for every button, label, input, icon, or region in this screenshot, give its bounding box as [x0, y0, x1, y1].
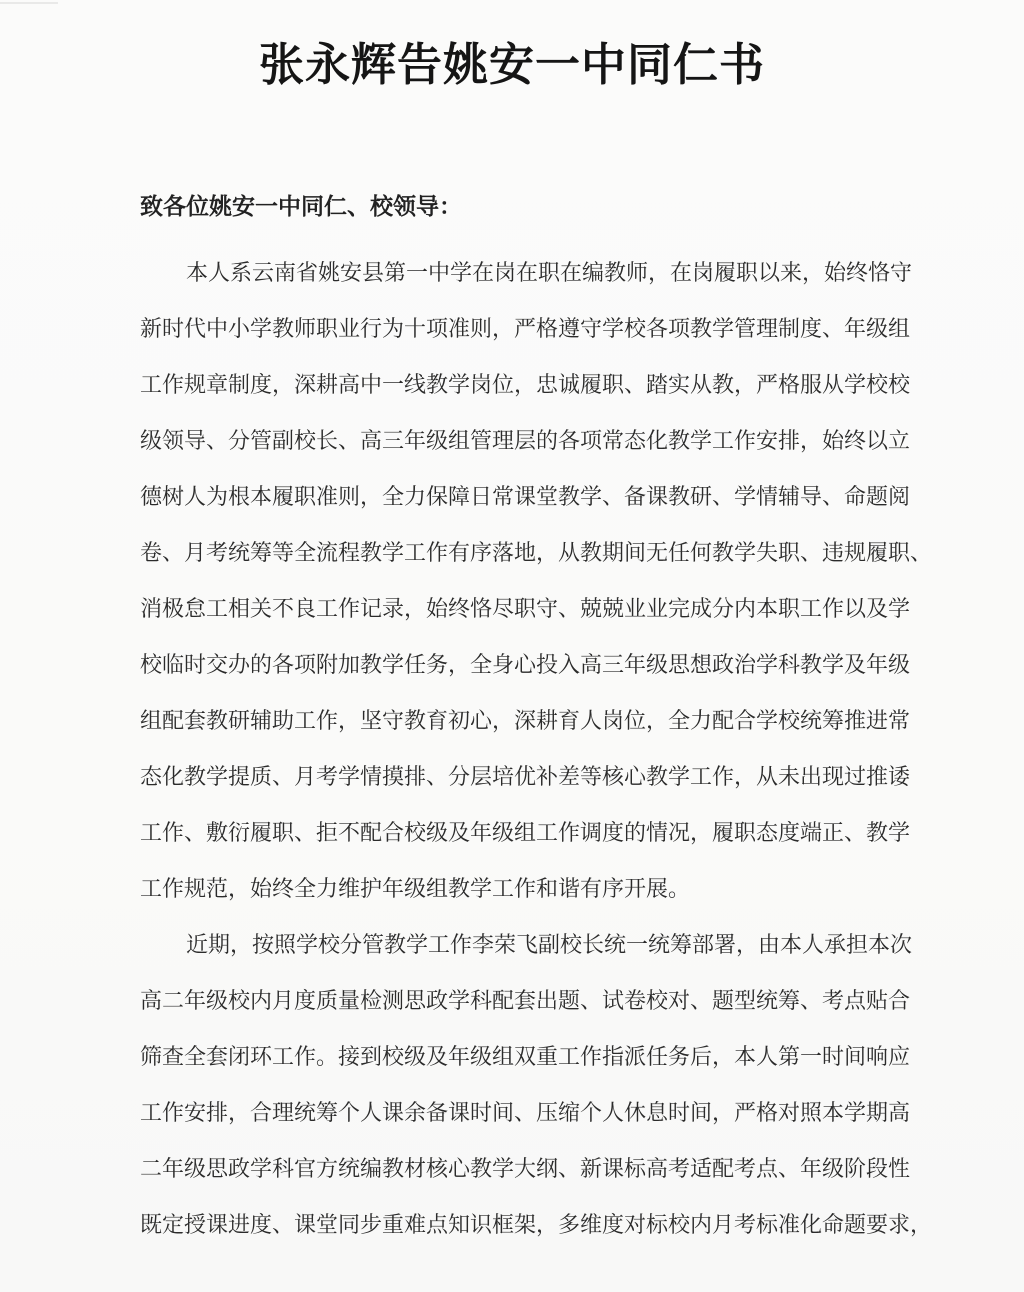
document-body: 本人系云南省姚安县第一中学在岗在职在编教师，在岗履职以来，始终恪守 新时代中小学… — [140, 245, 884, 1253]
body-line: 高二年级校内月度质量检测思政学科配套出题、试卷校对、题型统筹、考点贴合 — [140, 973, 884, 1029]
body-line: 卷、月考统筹等全流程教学工作有序落地，从教期间无任何教学失职、违规履职、 — [140, 525, 884, 581]
body-line: 态化教学提质、月考学情摸排、分层培优补差等核心教学工作，从未出现过推诿 — [140, 749, 884, 805]
salutation: 致各位姚安一中同仁、校领导： — [140, 190, 884, 222]
paragraph-1: 本人系云南省姚安县第一中学在岗在职在编教师，在岗履职以来，始终恪守 新时代中小学… — [140, 245, 884, 917]
body-line: 既定授课进度、课堂同步重难点知识框架，多维度对标校内月考标准化命题要求， — [140, 1197, 884, 1253]
body-line: 消极怠工相关不良工作记录，始终恪尽职守、兢兢业业完成分内本职工作以及学 — [140, 581, 884, 637]
body-line: 校临时交办的各项附加教学任务，全身心投入高三年级思想政治学科教学及年级 — [140, 637, 884, 693]
paragraph-2: 近期，按照学校分管教学工作李荣飞副校长统一统筹部署，由本人承担本次 高二年级校内… — [140, 917, 884, 1253]
body-line: 工作安排，合理统筹个人课余备课时间、压缩个人休息时间，严格对照本学期高 — [140, 1085, 884, 1141]
body-line: 筛查全套闭环工作。接到校级及年级组双重工作指派任务后，本人第一时间响应 — [140, 1029, 884, 1085]
body-line: 工作规章制度，深耕高中一线教学岗位，忠诚履职、踏实从教，严格服从学校校 — [140, 357, 884, 413]
body-line: 二年级思政学科官方统编教材核心教学大纲、新课标高考适配考点、年级阶段性 — [140, 1141, 884, 1197]
body-line: 新时代中小学教师职业行为十项准则，严格遵守学校各项教学管理制度、年级组 — [140, 301, 884, 357]
body-line: 本人系云南省姚安县第一中学在岗在职在编教师，在岗履职以来，始终恪守 — [140, 245, 884, 301]
document-page: 张永辉告姚安一中同仁书 致各位姚安一中同仁、校领导： 本人系云南省姚安县第一中学… — [0, 0, 1024, 1292]
body-line: 组配套教研辅助工作，坚守教育初心，深耕育人岗位，全力配合学校统筹推进常 — [140, 693, 884, 749]
body-line: 级领导、分管副校长、高三年级组管理层的各项常态化教学工作安排，始终以立 — [140, 413, 884, 469]
body-line: 工作规范，始终全力维护年级组教学工作和谐有序开展。 — [140, 861, 884, 917]
body-line: 近期，按照学校分管教学工作李荣飞副校长统一统筹部署，由本人承担本次 — [140, 917, 884, 973]
document-title: 张永辉告姚安一中同仁书 — [0, 34, 1024, 96]
body-line: 工作、敷衍履职、拒不配合校级及年级组工作调度的情况，履职态度端正、教学 — [140, 805, 884, 861]
photo-artifact — [0, 2, 58, 4]
body-line: 德树人为根本履职准则，全力保障日常课堂教学、备课教研、学情辅导、命题阅 — [140, 469, 884, 525]
